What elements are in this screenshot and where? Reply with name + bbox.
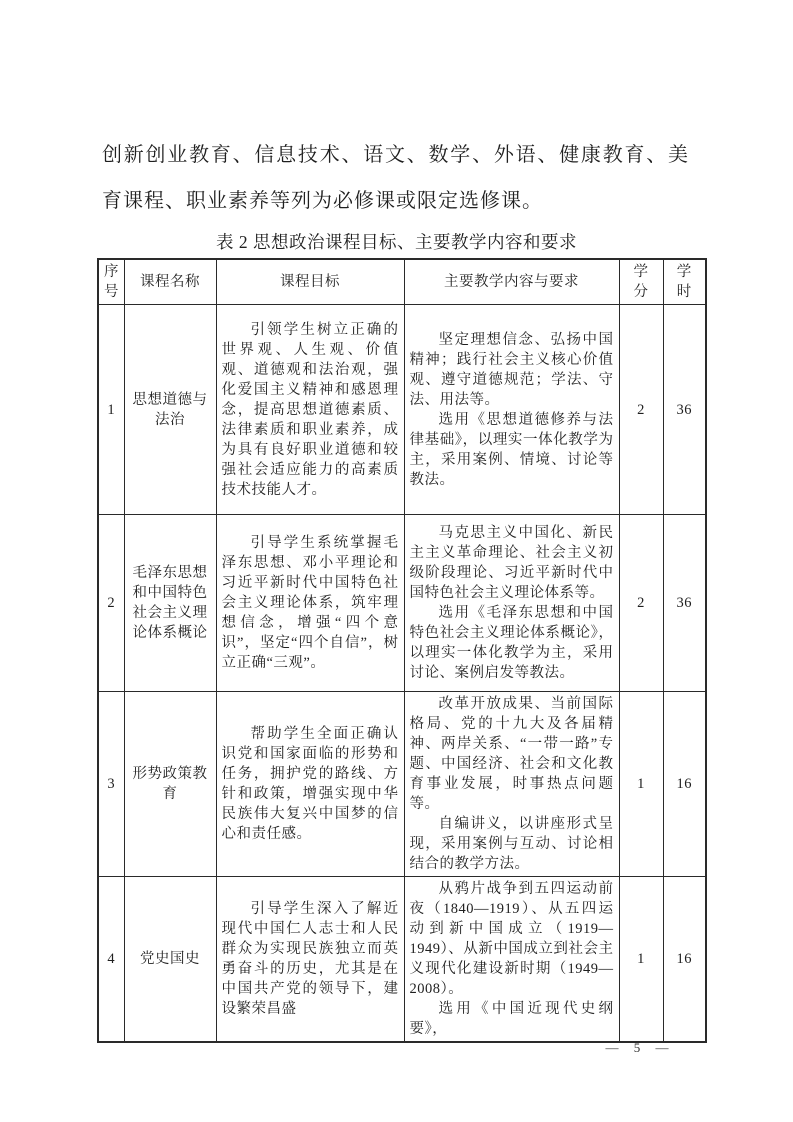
cell-paragraph: 马克思主义中国化、新民主主义革命理论、社会主义初级阶段理论、习近平新时代中国特色… bbox=[410, 523, 614, 603]
page-number: — 5 — bbox=[578, 1040, 698, 1056]
hours-cell: 36 bbox=[663, 305, 706, 515]
course-goal-cell: 帮助学生全面正确认识党和国家面临的形势和任务，拥护党的路线、方针和政策，增强实现… bbox=[216, 692, 404, 877]
course-goal-cell: 引领学生树立正确的世界观、人生观、价值观、道德观和法治观，强化爱国主义精神和感恩… bbox=[216, 305, 404, 515]
document-page: 创新创业教育、信息技术、语文、数学、外语、健康教育、美育课程、职业素养等列为必修… bbox=[0, 0, 793, 1122]
course-table-body: 1思想道德与法治引领学生树立正确的世界观、人生观、价值观、道德观和法治观，强化爱… bbox=[98, 305, 706, 1043]
row-number-cell: 2 bbox=[98, 515, 124, 692]
cell-paragraph: 帮助学生全面正确认识党和国家面临的形势和任务，拥护党的路线、方针和政策，增强实现… bbox=[222, 724, 399, 844]
row-number-cell: 1 bbox=[98, 305, 124, 515]
hours-cell: 16 bbox=[663, 877, 706, 1043]
cell-paragraph: 选用《中国近现代史纲要》， bbox=[410, 999, 614, 1039]
cell-paragraph: 坚定理想信念、弘扬中国精神；践行社会主义核心价值观、遵守道德规范；学法、守法、用… bbox=[410, 330, 614, 410]
credits-cell: 1 bbox=[619, 692, 663, 877]
course-goal-cell: 引导学生深入了解近现代中国仁人志士和人民群众为实现民族独立而英勇奋斗的历史，尤其… bbox=[216, 877, 404, 1043]
col-header-content: 主要教学内容与要求 bbox=[404, 259, 619, 305]
teaching-content-cell: 坚定理想信念、弘扬中国精神；践行社会主义核心价值观、遵守道德规范；学法、守法、用… bbox=[404, 305, 619, 515]
teaching-content-cell: 改革开放成果、当前国际格局、党的十九大及各届精神、两岸关系、“一带一路”专题、中… bbox=[404, 692, 619, 877]
teaching-content-cell: 马克思主义中国化、新民主主义革命理论、社会主义初级阶段理论、习近平新时代中国特色… bbox=[404, 515, 619, 692]
intro-paragraph: 创新创业教育、信息技术、语文、数学、外语、健康教育、美育课程、职业素养等列为必修… bbox=[102, 132, 689, 224]
cell-paragraph: 选用《思想道德修养与法律基础》，以理实一体化教学为主，采用案例、情境、讨论等教法… bbox=[410, 410, 614, 490]
course-goal-cell: 引导学生系统掌握毛泽东思想、邓小平理论和习近平新时代中国特色社会主义理论体系，筑… bbox=[216, 515, 404, 692]
credits-cell: 2 bbox=[619, 305, 663, 515]
col-header-goal: 课程目标 bbox=[216, 259, 404, 305]
row-number-cell: 4 bbox=[98, 877, 124, 1043]
header-row: 序 号 课程名称 课程目标 主要教学内容与要求 学 分 学 时 bbox=[98, 259, 706, 305]
table-row: 2毛泽东思想和中国特色社会主义理论体系概论引导学生系统掌握毛泽东思想、邓小平理论… bbox=[98, 515, 706, 692]
course-name-cell: 形势政策教育 bbox=[124, 692, 216, 877]
table-row: 4党史国史引导学生深入了解近现代中国仁人志士和人民群众为实现民族独立而英勇奋斗的… bbox=[98, 877, 706, 1043]
cell-paragraph: 引导学生深入了解近现代中国仁人志士和人民群众为实现民族独立而英勇奋斗的历史，尤其… bbox=[222, 899, 399, 1019]
cell-paragraph: 选用《毛泽东思想和中国特色社会主义理论体系概论》，以理实一体化教学为主，采用讨论… bbox=[410, 603, 614, 683]
col-header-name: 课程名称 bbox=[124, 259, 216, 305]
cell-paragraph: 引导学生系统掌握毛泽东思想、邓小平理论和习近平新时代中国特色社会主义理论体系，筑… bbox=[222, 533, 399, 673]
col-header-hours: 学 时 bbox=[663, 259, 706, 305]
hours-cell: 16 bbox=[663, 692, 706, 877]
cell-paragraph: 从鸦片战争到五四运动前夜（1840—1919）、从五四运动到新中国成立（1919… bbox=[410, 879, 614, 999]
col-header-no: 序 号 bbox=[98, 259, 124, 305]
cell-paragraph: 改革开放成果、当前国际格局、党的十九大及各届精神、两岸关系、“一带一路”专题、中… bbox=[410, 694, 614, 814]
col-header-credits: 学 分 bbox=[619, 259, 663, 305]
credits-cell: 1 bbox=[619, 877, 663, 1043]
cell-paragraph: 引领学生树立正确的世界观、人生观、价值观、道德观和法治观，强化爱国主义精神和感恩… bbox=[222, 320, 399, 500]
course-name-cell: 毛泽东思想和中国特色社会主义理论体系概论 bbox=[124, 515, 216, 692]
table-row: 3形势政策教育帮助学生全面正确认识党和国家面临的形势和任务，拥护党的路线、方针和… bbox=[98, 692, 706, 877]
course-name-cell: 党史国史 bbox=[124, 877, 216, 1043]
table-row: 1思想道德与法治引领学生树立正确的世界观、人生观、价值观、道德观和法治观，强化爱… bbox=[98, 305, 706, 515]
teaching-content-cell: 从鸦片战争到五四运动前夜（1840—1919）、从五四运动到新中国成立（1919… bbox=[404, 877, 619, 1043]
credits-cell: 2 bbox=[619, 515, 663, 692]
course-name-cell: 思想道德与法治 bbox=[124, 305, 216, 515]
course-table: 序 号 课程名称 课程目标 主要教学内容与要求 学 分 学 时 1思想道德与法治… bbox=[97, 258, 707, 1043]
table-caption: 表 2 思想政治课程目标、主要教学内容和要求 bbox=[97, 228, 696, 256]
course-table-header: 序 号 课程名称 课程目标 主要教学内容与要求 学 分 学 时 bbox=[98, 259, 706, 305]
cell-paragraph: 自编讲义，以讲座形式呈现，采用案例与互动、讨论相结合的教学方法。 bbox=[410, 814, 614, 874]
row-number-cell: 3 bbox=[98, 692, 124, 877]
hours-cell: 36 bbox=[663, 515, 706, 692]
